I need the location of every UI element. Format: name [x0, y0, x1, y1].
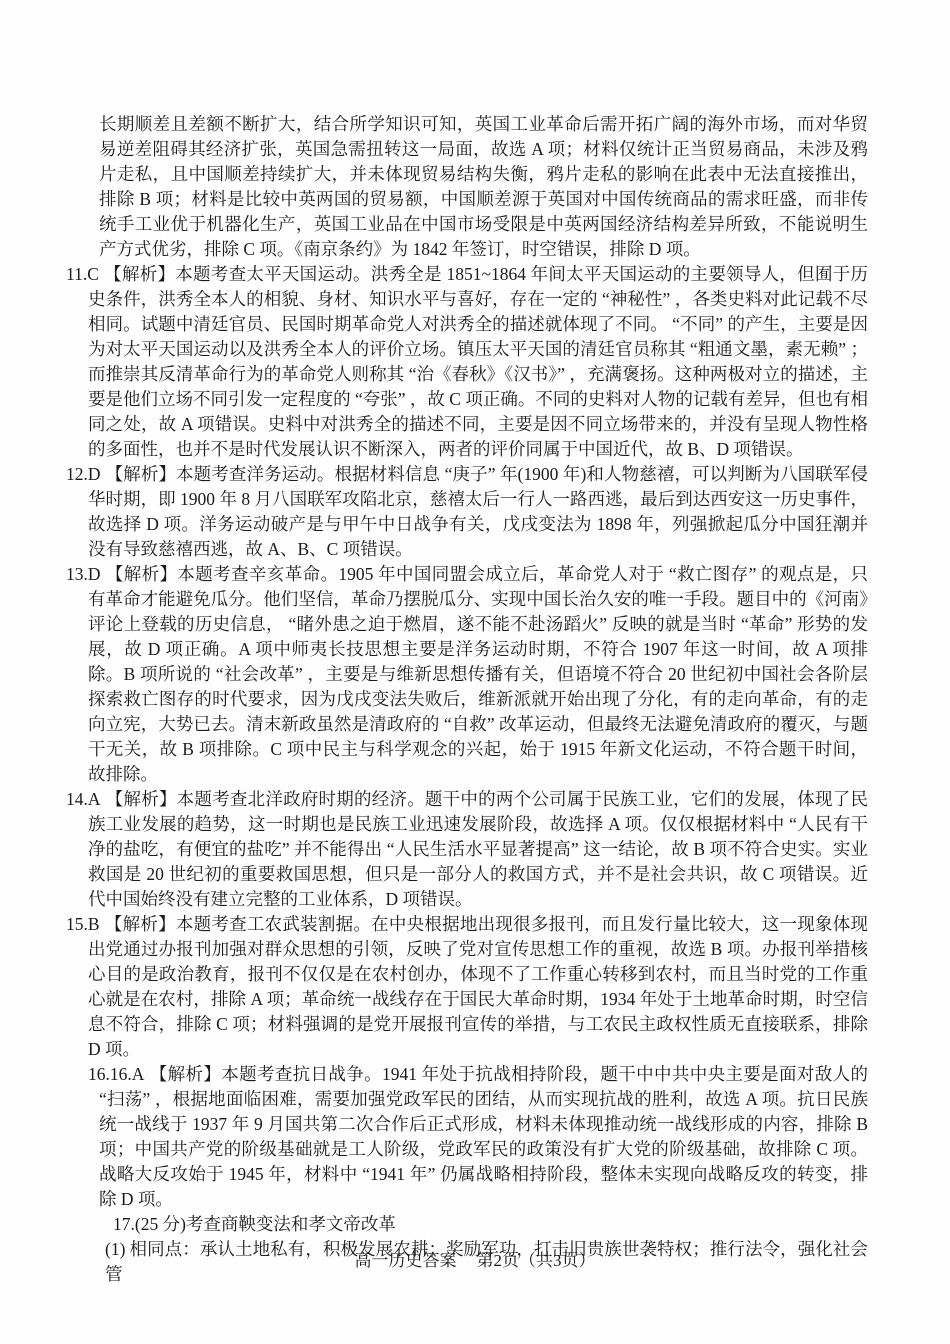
answer-item-16: 16.16.A【解析】本题考查抗日战争。1941 年处于抗战相持阶段，题干中中共… — [88, 1062, 868, 1212]
answer-item-12: 12.D【解析】本题考查洋务运动。根据材料信息 “庚子” 年(1900 年)和人… — [88, 462, 868, 562]
answer-sheet-page: 长期顺差且差额不断扩大，结合所学知识可知，英国工业革命后需开拓广阔的海外市场，而… — [0, 0, 950, 1344]
item-13-explanation: 【解析】本题考查辛亥革命。1905 年中国同盟会成立后，革命党人对于 “救亡图存… — [88, 564, 868, 784]
item-12-explanation: 【解析】本题考查洋务运动。根据材料信息 “庚子” 年(1900 年)和人物慈禧，… — [88, 464, 868, 559]
answer-item-15: 15.B【解析】本题考查工农武装割据。在中央根据地出现很多报刊，而且发行量比较大… — [88, 912, 868, 1062]
answer-item-13: 13.D【解析】本题考查辛亥革命。1905 年中国同盟会成立后，革命党人对于 “… — [88, 562, 868, 787]
item-11-label: 11.C — [66, 264, 99, 284]
answer-item-11: 11.C【解析】本题考查太平天国运动。洪秀全是 1851~1864 年间太平天国… — [88, 262, 868, 462]
item-16-explanation: 【解析】本题考查抗日战争。1941 年处于抗战相持阶段，题干中中共中央主要是面对… — [99, 1064, 868, 1209]
answer-content: 长期顺差且差额不断扩大，结合所学知识可知，英国工业革命后需开拓广阔的海外市场，而… — [88, 112, 868, 1287]
item-15-label: 15.B — [66, 914, 100, 934]
item-14-label: 14.A — [66, 789, 101, 809]
question-17-heading: 17.(25 分)考查商鞅变法和孝文帝改革 — [113, 1212, 868, 1237]
item-11-explanation: 【解析】本题考查太平天国运动。洪秀全是 1851~1864 年间太平天国运动的主… — [88, 264, 868, 459]
item-15-explanation: 【解析】本题考查工农武装割据。在中央根据地出现很多报刊，而且发行量比较大，这一现… — [88, 914, 868, 1059]
item-14-explanation: 【解析】本题考查北洋政府时期的经济。题干中的两个公司属于民族工业，它们的发展，体… — [88, 789, 868, 909]
answer-item-14: 14.A【解析】本题考查北洋政府时期的经济。题干中的两个公司属于民族工业，它们的… — [88, 787, 868, 912]
item-13-label: 13.D — [66, 564, 101, 584]
page-footer: 高一历史答案第2页（共3页） — [0, 1250, 950, 1272]
continuation-paragraph: 长期顺差且差额不断扩大，结合所学知识可知，英国工业革命后需开拓广阔的海外市场，而… — [99, 112, 868, 262]
item-16-label: 16.16.A — [88, 1064, 144, 1084]
footer-page-number: 第2页（共3页） — [477, 1251, 596, 1270]
footer-document-title: 高一历史答案 — [355, 1251, 457, 1270]
item-12-label: 12.D — [66, 464, 101, 484]
